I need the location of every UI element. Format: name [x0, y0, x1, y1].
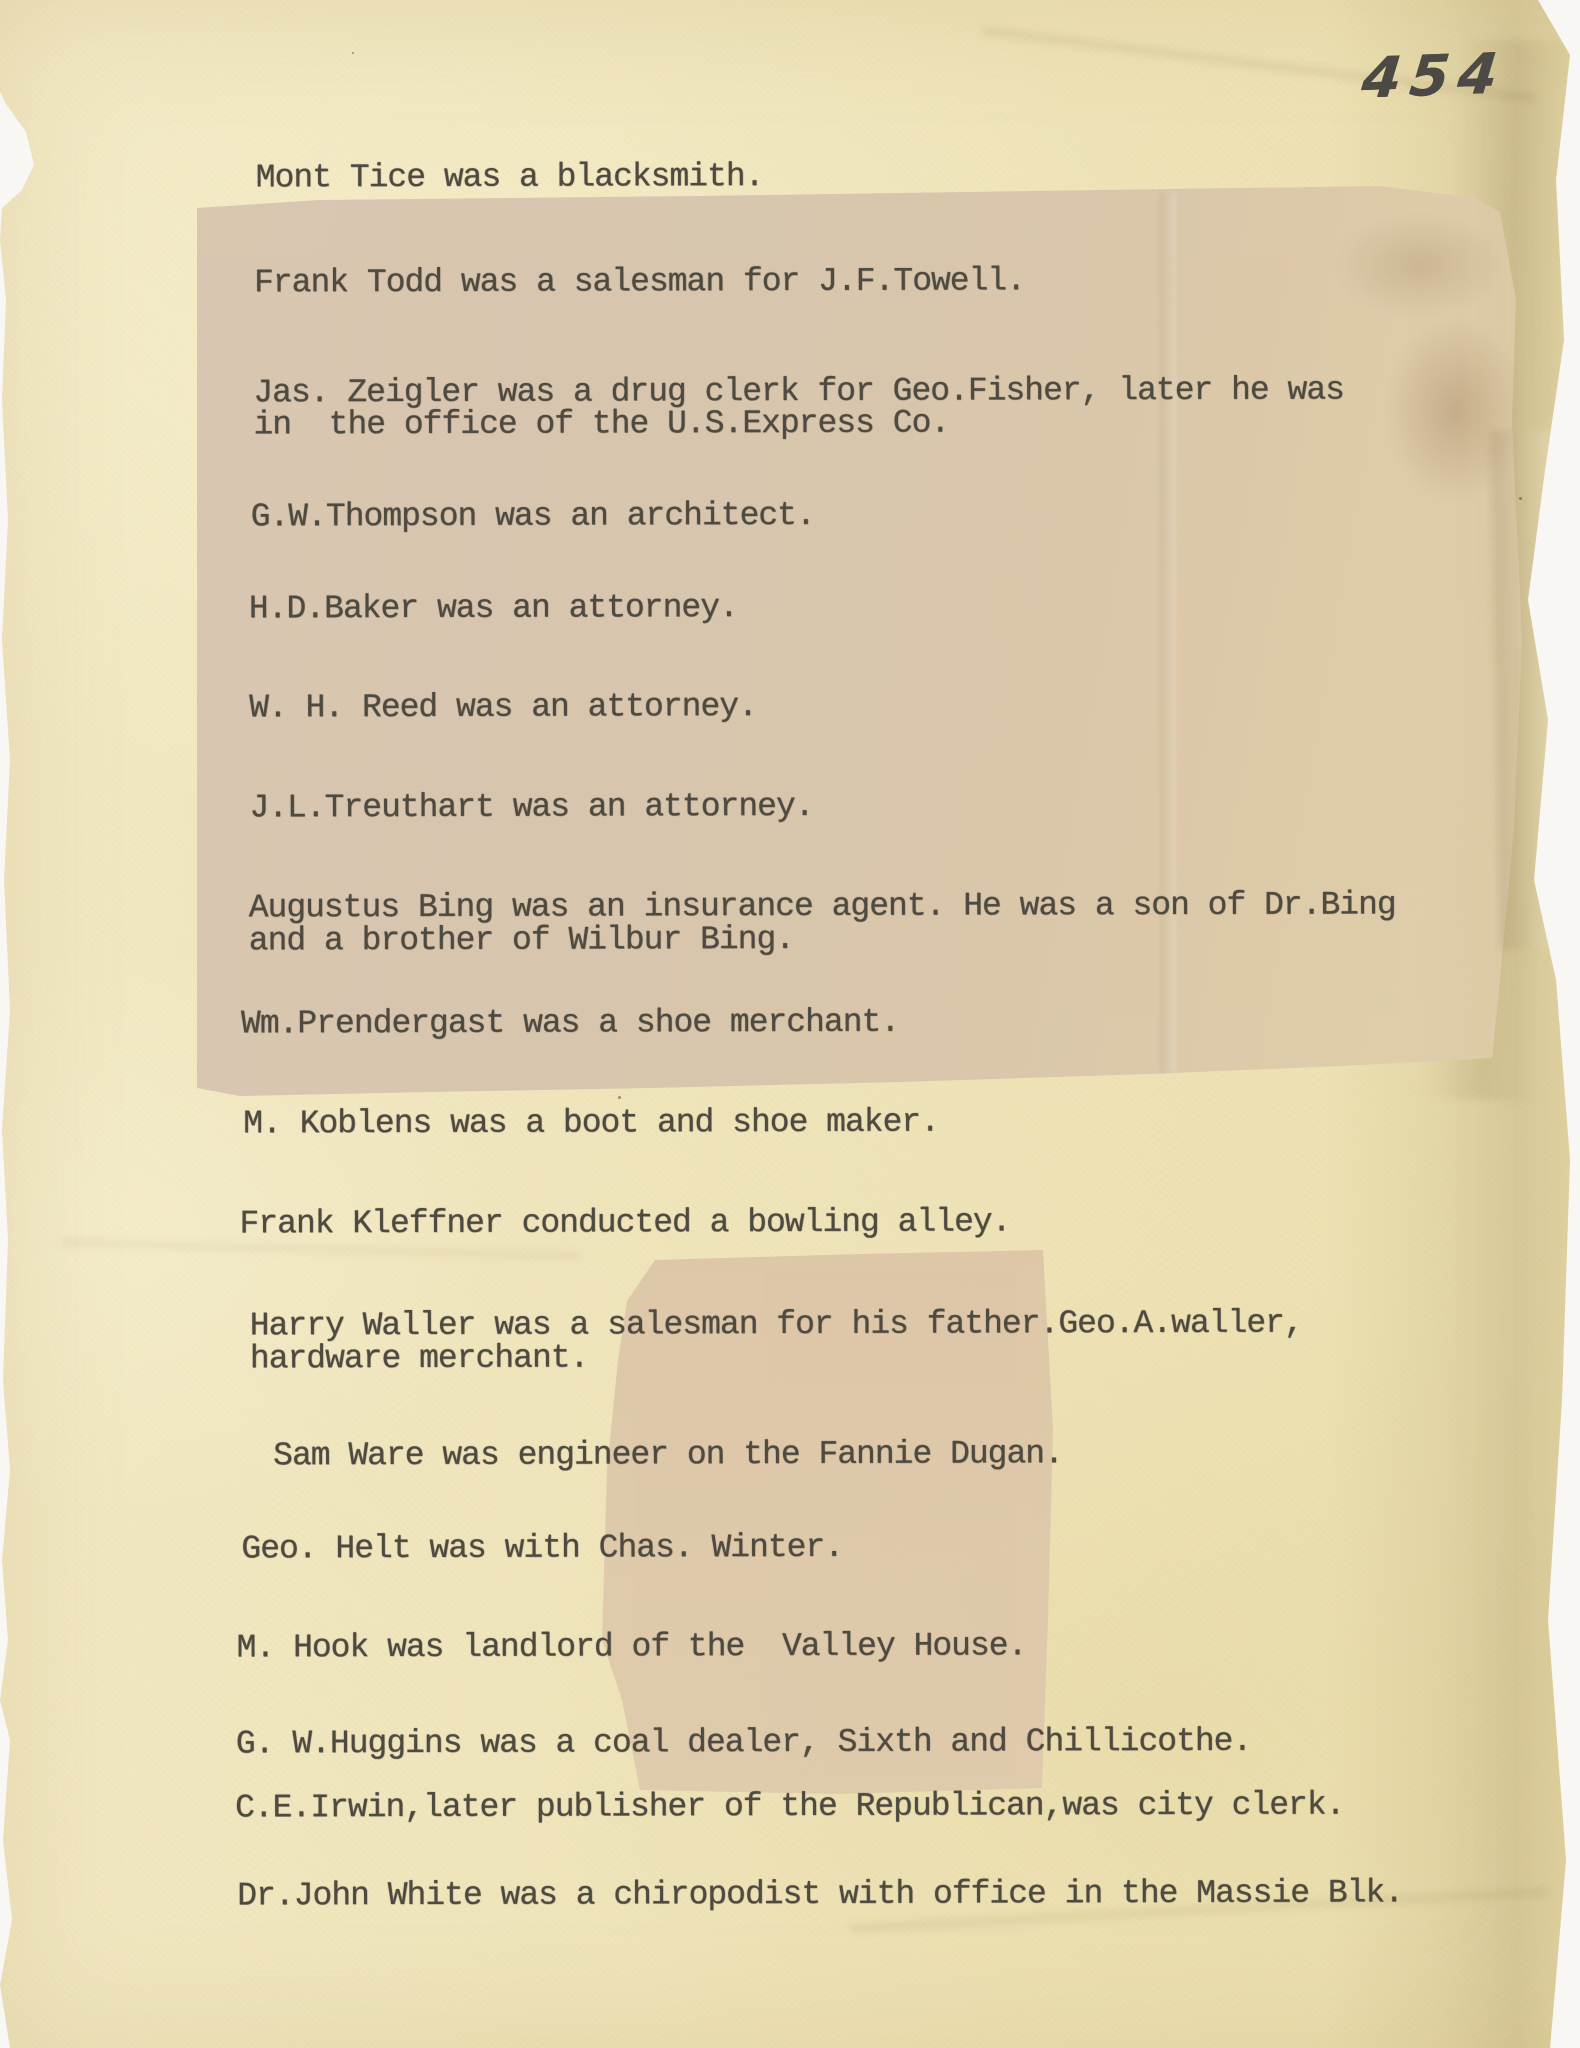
typewritten-line: H.D.Baker was an attorney.: [249, 588, 738, 629]
typewritten-line: W. H. Reed was an attorney.: [249, 687, 757, 728]
typewritten-line: Wm.Prendergast was a shoe merchant.: [241, 1003, 899, 1045]
paper-crease: [1160, 192, 1176, 1072]
typewritten-line: G. W.Huggins was a coal dealer, Sixth an…: [236, 1722, 1251, 1765]
ink-speck: [1519, 497, 1522, 500]
typewritten-line: M. Koblens was a boot and shoe maker.: [243, 1103, 939, 1145]
typewritten-line: in the office of the U.S.Express Co.: [253, 404, 949, 446]
typewritten-line: Sam Ware was engineer on the Fannie Duga…: [273, 1434, 1063, 1476]
paper-fold: [60, 1238, 580, 1260]
typewritten-line: Dr.John White was a chiropodist with off…: [237, 1873, 1403, 1916]
typewritten-line: J.L.Treuthart was an attorney.: [249, 787, 813, 828]
ink-speck: [618, 1096, 621, 1099]
typewritten-line: hardware merchant.: [250, 1339, 589, 1380]
typewritten-line: Jas. Zeigler was a drug clerk for Geo.Fi…: [253, 371, 1344, 414]
paper-crease-shading: [0, 0, 1580, 2048]
typewritten-line: Frank Kleffner conducted a bowling alley…: [239, 1202, 1010, 1244]
typewritten-line: Geo. Helt was with Chas. Winter.: [241, 1528, 843, 1570]
typewritten-line: G.W.Thompson was an architect.: [251, 496, 815, 537]
typewritten-text: Mont Tice was a blacksmith.Frank Todd wa…: [0, 0, 1580, 2048]
typewritten-line: Harry Waller was a salesman for his fath…: [250, 1304, 1303, 1347]
typewritten-line: C.E.Irwin,later publisher of the Republi…: [235, 1786, 1344, 1829]
typewritten-line: M. Hook was landlord of the Valley House…: [237, 1626, 1027, 1668]
ink-speck: [352, 52, 354, 54]
typewritten-line: Mont Tice was a blacksmith.: [256, 157, 764, 198]
page-number-handwritten: 454: [1359, 41, 1510, 111]
typewritten-line: Frank Todd was a salesman for J.F.Towell…: [254, 261, 1025, 303]
typewritten-line: and a brother of Wilbur Bing.: [249, 920, 794, 961]
paper-fold: [850, 1887, 1550, 1934]
typewritten-line: Augustus Bing was an insurance agent. He…: [249, 885, 1396, 928]
stain: [1360, 280, 1550, 540]
scanned-document: 454 Mont Tice was a blacksmith.Frank Tod…: [0, 0, 1580, 2048]
document-page: 454 Mont Tice was a blacksmith.Frank Tod…: [0, 0, 1580, 2048]
paper-fold: [982, 26, 1539, 103]
paper-fold: [1422, 38, 1579, 1102]
pasted-overlay-large: [0, 0, 1580, 2048]
stain: [1300, 190, 1540, 340]
paper-fold: [1490, 430, 1559, 951]
pasted-overlay-small: [0, 0, 1580, 2048]
